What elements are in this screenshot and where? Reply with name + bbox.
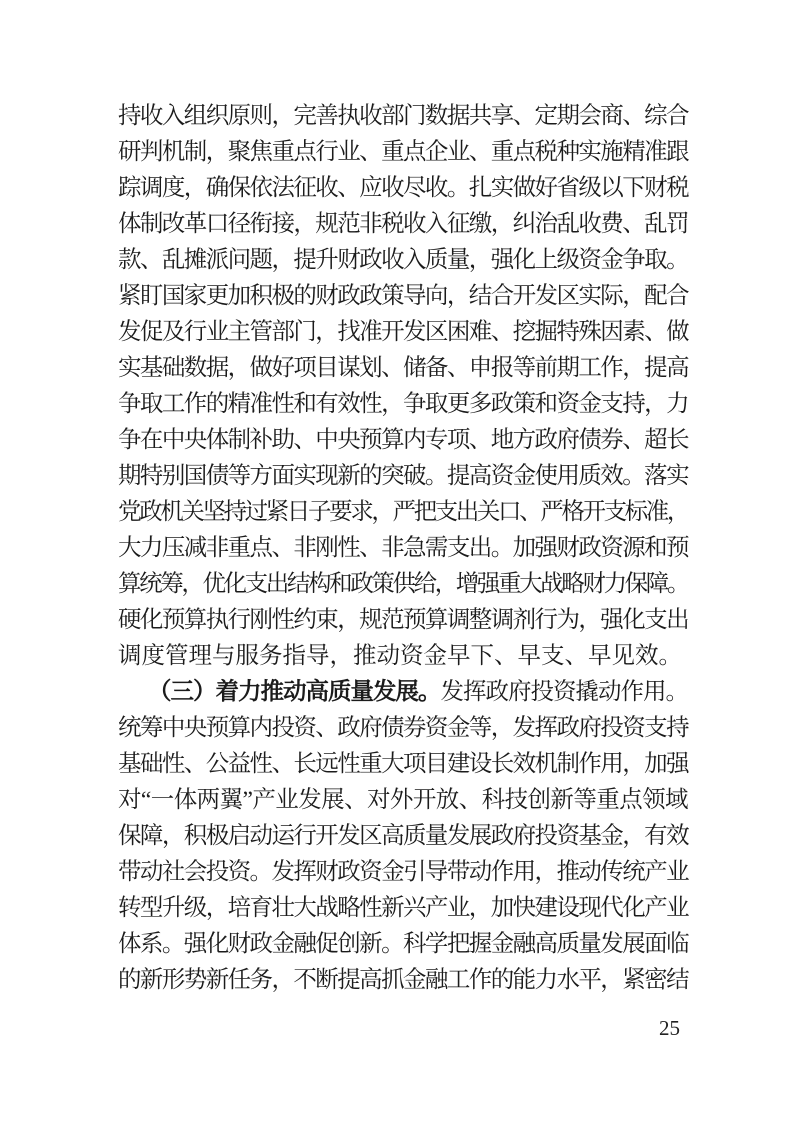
text-line: 对“一体两翼”产业发展、对外开放、科技创新等重点领域: [118, 782, 688, 818]
text-line: 研判机制，聚焦重点行业、重点企业、重点税种实施精准跟: [118, 134, 688, 170]
text-line: 大力压减非重点、非刚性、非急需支出。加强财政资源和预: [118, 530, 688, 566]
text-line: 带动社会投资。发挥财政资金引导带动作用，推动传统产业: [118, 854, 688, 890]
text-line: 党政机关坚持过紧日子要求，严把支出关口、严格开支标准，: [118, 494, 688, 530]
text-line: 持收入组织原则，完善执收部门数据共享、定期会商、综合: [118, 98, 688, 134]
text-line: 的新形势新任务，不断提高抓金融工作的能力水平，紧密结: [118, 962, 688, 998]
text-line: 紧盯国家更加积极的财政政策导向，结合开发区实际，配合: [118, 278, 688, 314]
document-page: 持收入组织原则，完善执收部门数据共享、定期会商、综合 研判机制，聚焦重点行业、重…: [0, 0, 793, 1122]
section-heading-rest: 发挥政府投资撬动作用。: [441, 679, 689, 705]
text-line: 争在中央体制补助、中央预算内专项、地方政府债券、超长: [118, 422, 688, 458]
paragraph-section-3: （三）着力推动高质量发展。发挥政府投资撬动作用。 统筹中央预算内投资、政府债券资…: [118, 674, 688, 998]
text-line: 踪调度，确保依法征收、应收尽收。扎实做好省级以下财税: [118, 170, 688, 206]
text-line: 算统筹，优化支出结构和政策供给，增强重大战略财力保障。: [118, 566, 688, 602]
text-line: 发促及行业主管部门，找准开发区困难、挖掘特殊因素、做: [118, 314, 688, 350]
text-line: 调度管理与服务指导，推动资金早下、早支、早见效。: [118, 638, 688, 674]
text-line: 款、乱摊派问题，提升财政收入质量，强化上级资金争取。: [118, 242, 688, 278]
page-number: 25: [648, 1014, 680, 1042]
text-line: 硬化预算执行刚性约束，规范预算调整调剂行为，强化支出: [118, 602, 688, 638]
text-block: 持收入组织原则，完善执收部门数据共享、定期会商、综合 研判机制，聚焦重点行业、重…: [118, 98, 688, 998]
section-heading-line: （三）着力推动高质量发展。发挥政府投资撬动作用。: [118, 674, 688, 710]
text-line: 期特别国债等方面实现新的突破。提高资金使用质效。落实: [118, 458, 688, 494]
section-heading-bold: （三）着力推动高质量发展。: [148, 679, 441, 705]
text-line: 实基础数据，做好项目谋划、储备、申报等前期工作，提高: [118, 350, 688, 386]
text-line: 统筹中央预算内投资、政府债券资金等，发挥政府投资支持: [118, 710, 688, 746]
text-line: 基础性、公益性、长远性重大项目建设长效机制作用，加强: [118, 746, 688, 782]
text-line: 体制改革口径衔接，规范非税收入征缴，纠治乱收费、乱罚: [118, 206, 688, 242]
paragraph-continuation: 持收入组织原则，完善执收部门数据共享、定期会商、综合 研判机制，聚焦重点行业、重…: [118, 98, 688, 674]
text-line: 保障，积极启动运行开发区高质量发展政府投资基金，有效: [118, 818, 688, 854]
text-line: 体系。强化财政金融促创新。科学把握金融高质量发展面临: [118, 926, 688, 962]
text-line: 转型升级，培育壮大战略性新兴产业，加快建设现代化产业: [118, 890, 688, 926]
text-line: 争取工作的精准性和有效性，争取更多政策和资金支持，力: [118, 386, 688, 422]
